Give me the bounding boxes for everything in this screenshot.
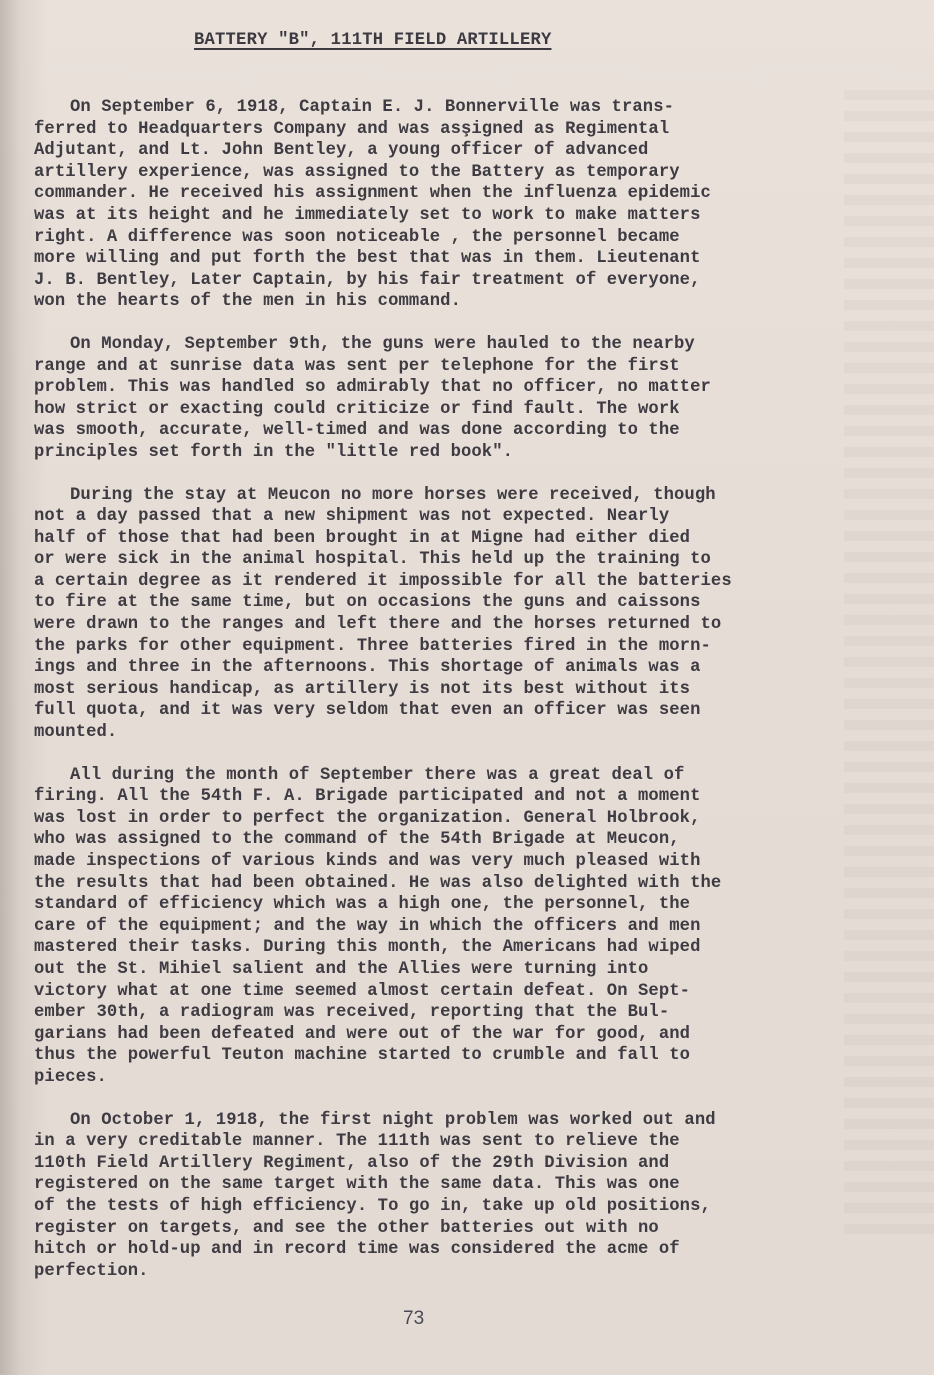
- text-line: J. B. Bentley, Later Captain, by his fai…: [34, 270, 884, 292]
- text-line: was at its height and he immediately set…: [34, 205, 884, 227]
- text-line: more willing and put forth the best that…: [34, 248, 884, 270]
- text-line: the parks for other equipment. Three bat…: [34, 636, 884, 658]
- text-line: standard of efficiency which was a high …: [34, 894, 884, 916]
- page-title: BATTERY "B", 111TH FIELD ARTILLERY: [194, 31, 551, 50]
- text-line: half of those that had been brought in a…: [34, 528, 884, 550]
- text-line: to fire at the same time, but on occasio…: [34, 592, 884, 614]
- text-line: register on targets, and see the other b…: [34, 1218, 884, 1240]
- text-line: artillery experience, was assigned to th…: [34, 162, 884, 184]
- text-line: in a very creditable manner. The 111th w…: [34, 1131, 884, 1153]
- text-line: principles set forth in the "little red …: [34, 442, 884, 464]
- text-line: thus the powerful Teuton machine started…: [34, 1045, 884, 1067]
- text-line: out the St. Mihiel salient and the Allie…: [34, 959, 884, 981]
- text-line: made inspections of various kinds and wa…: [34, 851, 884, 873]
- text-line: were drawn to the ranges and left there …: [34, 614, 884, 636]
- text-line: During the stay at Meucon no more horses…: [34, 485, 884, 507]
- text-line: firing. All the 54th F. A. Brigade parti…: [34, 786, 884, 808]
- text-line: of the tests of high efficiency. To go i…: [34, 1196, 884, 1218]
- text-line: On October 1, 1918, the first night prob…: [34, 1110, 884, 1132]
- text-line: not a day passed that a new shipment was…: [34, 506, 884, 528]
- text-line: was lost in order to perfect the organiz…: [34, 808, 884, 830]
- text-line: commander. He received his assignment wh…: [34, 183, 884, 205]
- paragraph-2: On Monday, September 9th, the guns were …: [34, 334, 884, 464]
- text-line: mastered their tasks. During this month,…: [34, 937, 884, 959]
- page-number: 73: [403, 1308, 424, 1330]
- text-line: garians had been defeated and were out o…: [34, 1024, 884, 1046]
- text-line: care of the equipment; and the way in wh…: [34, 916, 884, 938]
- text-line: 110th Field Artillery Regiment, also of …: [34, 1153, 884, 1175]
- text-line: Adjutant, and Lt. John Bentley, a young …: [34, 140, 884, 162]
- text-line: registered on the same target with the s…: [34, 1174, 884, 1196]
- text-line: hitch or hold-up and in record time was …: [34, 1239, 884, 1261]
- text-line: was smooth, accurate, well-timed and was…: [34, 420, 884, 442]
- text-line: perfection.: [34, 1261, 884, 1283]
- text-line: All during the month of September there …: [34, 765, 884, 787]
- paragraph-3: During the stay at Meucon no more horses…: [34, 485, 884, 744]
- scanned-page: BATTERY "B", 111TH FIELD ARTILLERY On Se…: [0, 0, 934, 1375]
- text-line: pieces.: [34, 1067, 884, 1089]
- text-line: the results that had been obtained. He w…: [34, 873, 884, 895]
- text-line: most serious handicap, as artillery is n…: [34, 679, 884, 701]
- text-line: who was assigned to the command of the 5…: [34, 829, 884, 851]
- text-line: ember 30th, a radiogram was received, re…: [34, 1002, 884, 1024]
- text-line: On Monday, September 9th, the guns were …: [34, 334, 884, 356]
- text-line: problem. This was handled so admirably t…: [34, 377, 884, 399]
- text-line: On September 6, 1918, Captain E. J. Bonn…: [34, 97, 884, 119]
- text-line: range and at sunrise data was sent per t…: [34, 356, 884, 378]
- text-line: or were sick in the animal hospital. Thi…: [34, 549, 884, 571]
- paragraph-1: On September 6, 1918, Captain E. J. Bonn…: [34, 97, 884, 313]
- text-line: ferred to Headquarters Company and was a…: [34, 119, 884, 141]
- text-line: mounted.: [34, 722, 884, 744]
- text-line: a certain degree as it rendered it impos…: [34, 571, 884, 593]
- text-line: ings and three in the afternoons. This s…: [34, 657, 884, 679]
- paragraph-5: On October 1, 1918, the first night prob…: [34, 1110, 884, 1283]
- text-line: won the hearts of the men in his command…: [34, 291, 884, 313]
- text-line: victory what at one time seemed almost c…: [34, 981, 884, 1003]
- text-line: right. A difference was soon noticeable …: [34, 227, 884, 249]
- text-line: full quota, and it was very seldom that …: [34, 700, 884, 722]
- text-line: how strict or exacting could criticize o…: [34, 399, 884, 421]
- paragraph-4: All during the month of September there …: [34, 765, 884, 1089]
- document-body: On September 6, 1918, Captain E. J. Bonn…: [34, 97, 884, 1303]
